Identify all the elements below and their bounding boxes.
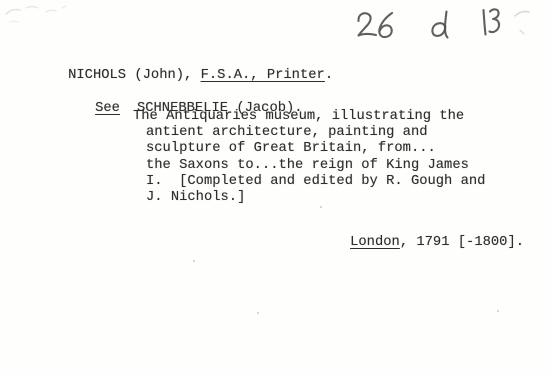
description-line: J. Nichols.] (133, 190, 485, 206)
description-line: the Saxons to...the reign of King James (133, 158, 485, 174)
catalogue-card: NICHOLS (John), F.S.A., Printer. SeeSCHN… (0, 0, 550, 374)
heading-name: NICHOLS (John), (68, 68, 200, 83)
heading-titles-underlined: F.S.A., Printer (201, 68, 325, 83)
shelfmark-handwritten (343, 4, 543, 46)
description-line: I. [Completed and edited by R. Gough and (133, 174, 485, 190)
scan-smudge-topleft (0, 0, 120, 40)
shelfmark-strokes (343, 4, 543, 46)
scan-speck (497, 310, 499, 312)
heading-period: . (325, 68, 333, 83)
description-line: The Antiquaries museum, illustrating the (133, 109, 485, 125)
description-line: antient architecture, painting and (133, 125, 485, 141)
scan-speck (320, 206, 322, 208)
scan-speck (257, 312, 259, 314)
imprint-line: London, 1791 [-1800]. (317, 219, 524, 267)
description-line: sculpture of Great Britain, from... (133, 141, 485, 157)
scan-speck (193, 260, 195, 262)
imprint-place: London (350, 235, 400, 250)
see-label: See (95, 101, 120, 116)
imprint-date: , 1791 [-1800]. (400, 235, 524, 250)
description-block: The Antiquaries museum, illustrating the… (133, 109, 485, 206)
